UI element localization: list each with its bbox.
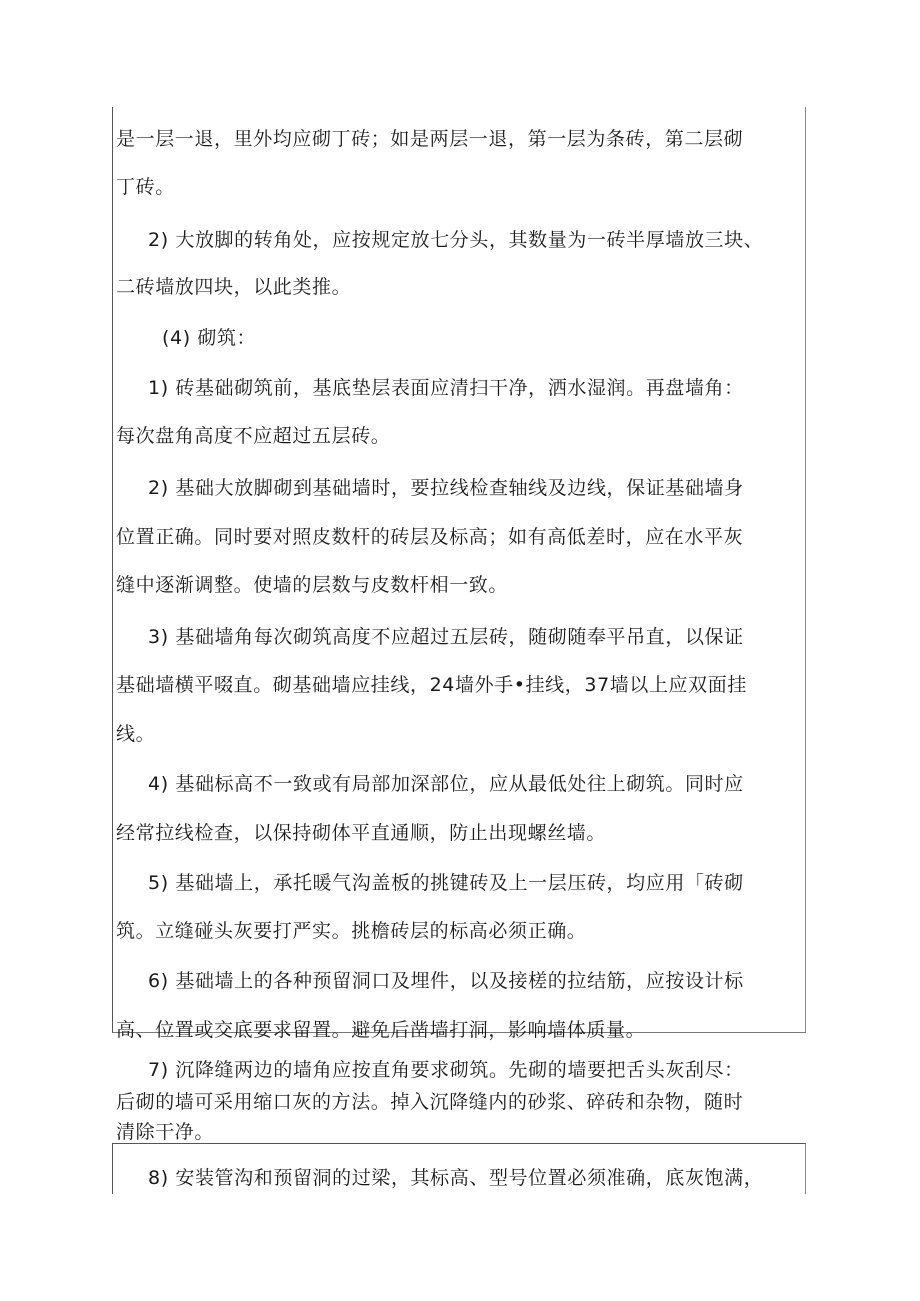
paragraph-line: 4) 基础标高不一致或有局部加深部位，应从最低处往上砌筑。同时应 bbox=[148, 772, 744, 796]
paragraph-line: 基础墙横平啜直。砌基础墙应挂线，24墙外手•挂线，37墙以上应双面挂 bbox=[116, 673, 747, 697]
paragraph-line: 6) 基础墙上的各种预留洞口及埋件，以及接槎的拉结筋，应按设计标 bbox=[148, 969, 744, 993]
paragraph-line: 后砌的墙可采用缩口灰的方法。掉入沉降缝内的砂浆、碎砖和杂物，随时 bbox=[116, 1090, 743, 1115]
paragraph-line: 2) 大放脚的转角处，应按规定放七分头，其数量为一砖半厚墙放三块、 bbox=[148, 228, 763, 252]
paragraph-line: 8) 安装管沟和预留洞的过梁，其标高、型号位置必须准确，底灰饱满， bbox=[148, 1166, 763, 1190]
paragraph-line: 7) 沉降缝两边的墙角应按直角要求砌筑。先砌的墙要把舌头灰刮尽： bbox=[148, 1058, 744, 1083]
paragraph-line: 筑。立缝碰头灰要打严实。挑檐砖层的标高必须正确。 bbox=[116, 919, 586, 943]
paragraph-line: 线。 bbox=[116, 722, 155, 746]
paragraph-line: 2) 基础大放脚砌到基础墙时，要拉线检查轴线及边线，保证基础墙身 bbox=[148, 476, 744, 500]
section-heading: (4) 砌筑： bbox=[162, 326, 256, 350]
paragraph-line: 是一层一退，里外均应砌丁砖；如是两层一退，第一层为条砖，第二层砌 bbox=[116, 127, 743, 151]
paragraph-line: 清除干净。 bbox=[116, 1120, 214, 1145]
paragraph-line: 高、位置或交底要求留置。避免后凿墙打洞，影响墙体质量。 bbox=[116, 1018, 645, 1042]
paragraph-line: 1) 砖基础砌筑前，基底垫层表面应清扫干净，洒水湿润。再盘墙角： bbox=[148, 376, 744, 400]
paragraph-line: 二砖墙放四块，以此类推。 bbox=[116, 275, 351, 299]
paragraph-line: 位置正确。同时要对照皮数杆的砖层及标高；如有高低差时，应在水平灰 bbox=[116, 525, 743, 549]
paragraph-line: 丁砖。 bbox=[116, 175, 175, 199]
paragraph-line: 经常拉线检查，以保持砌体平直通顺，防止出现螺丝墙。 bbox=[116, 821, 606, 845]
paragraph-line: 每次盘角高度不应超过五层砖。 bbox=[116, 424, 390, 448]
paragraph-line: 3) 基础墙角每次砌筑高度不应超过五层砖，随砌随奉平吊直，以保证 bbox=[148, 625, 744, 649]
paragraph-line: 5) 基础墙上，承托暖气沟盖板的挑键砖及上一层压砖，均应用「砖砌 bbox=[148, 871, 744, 895]
paragraph-line: 缝中逐渐调整。使墙的层数与皮数杆相一致。 bbox=[116, 573, 508, 597]
